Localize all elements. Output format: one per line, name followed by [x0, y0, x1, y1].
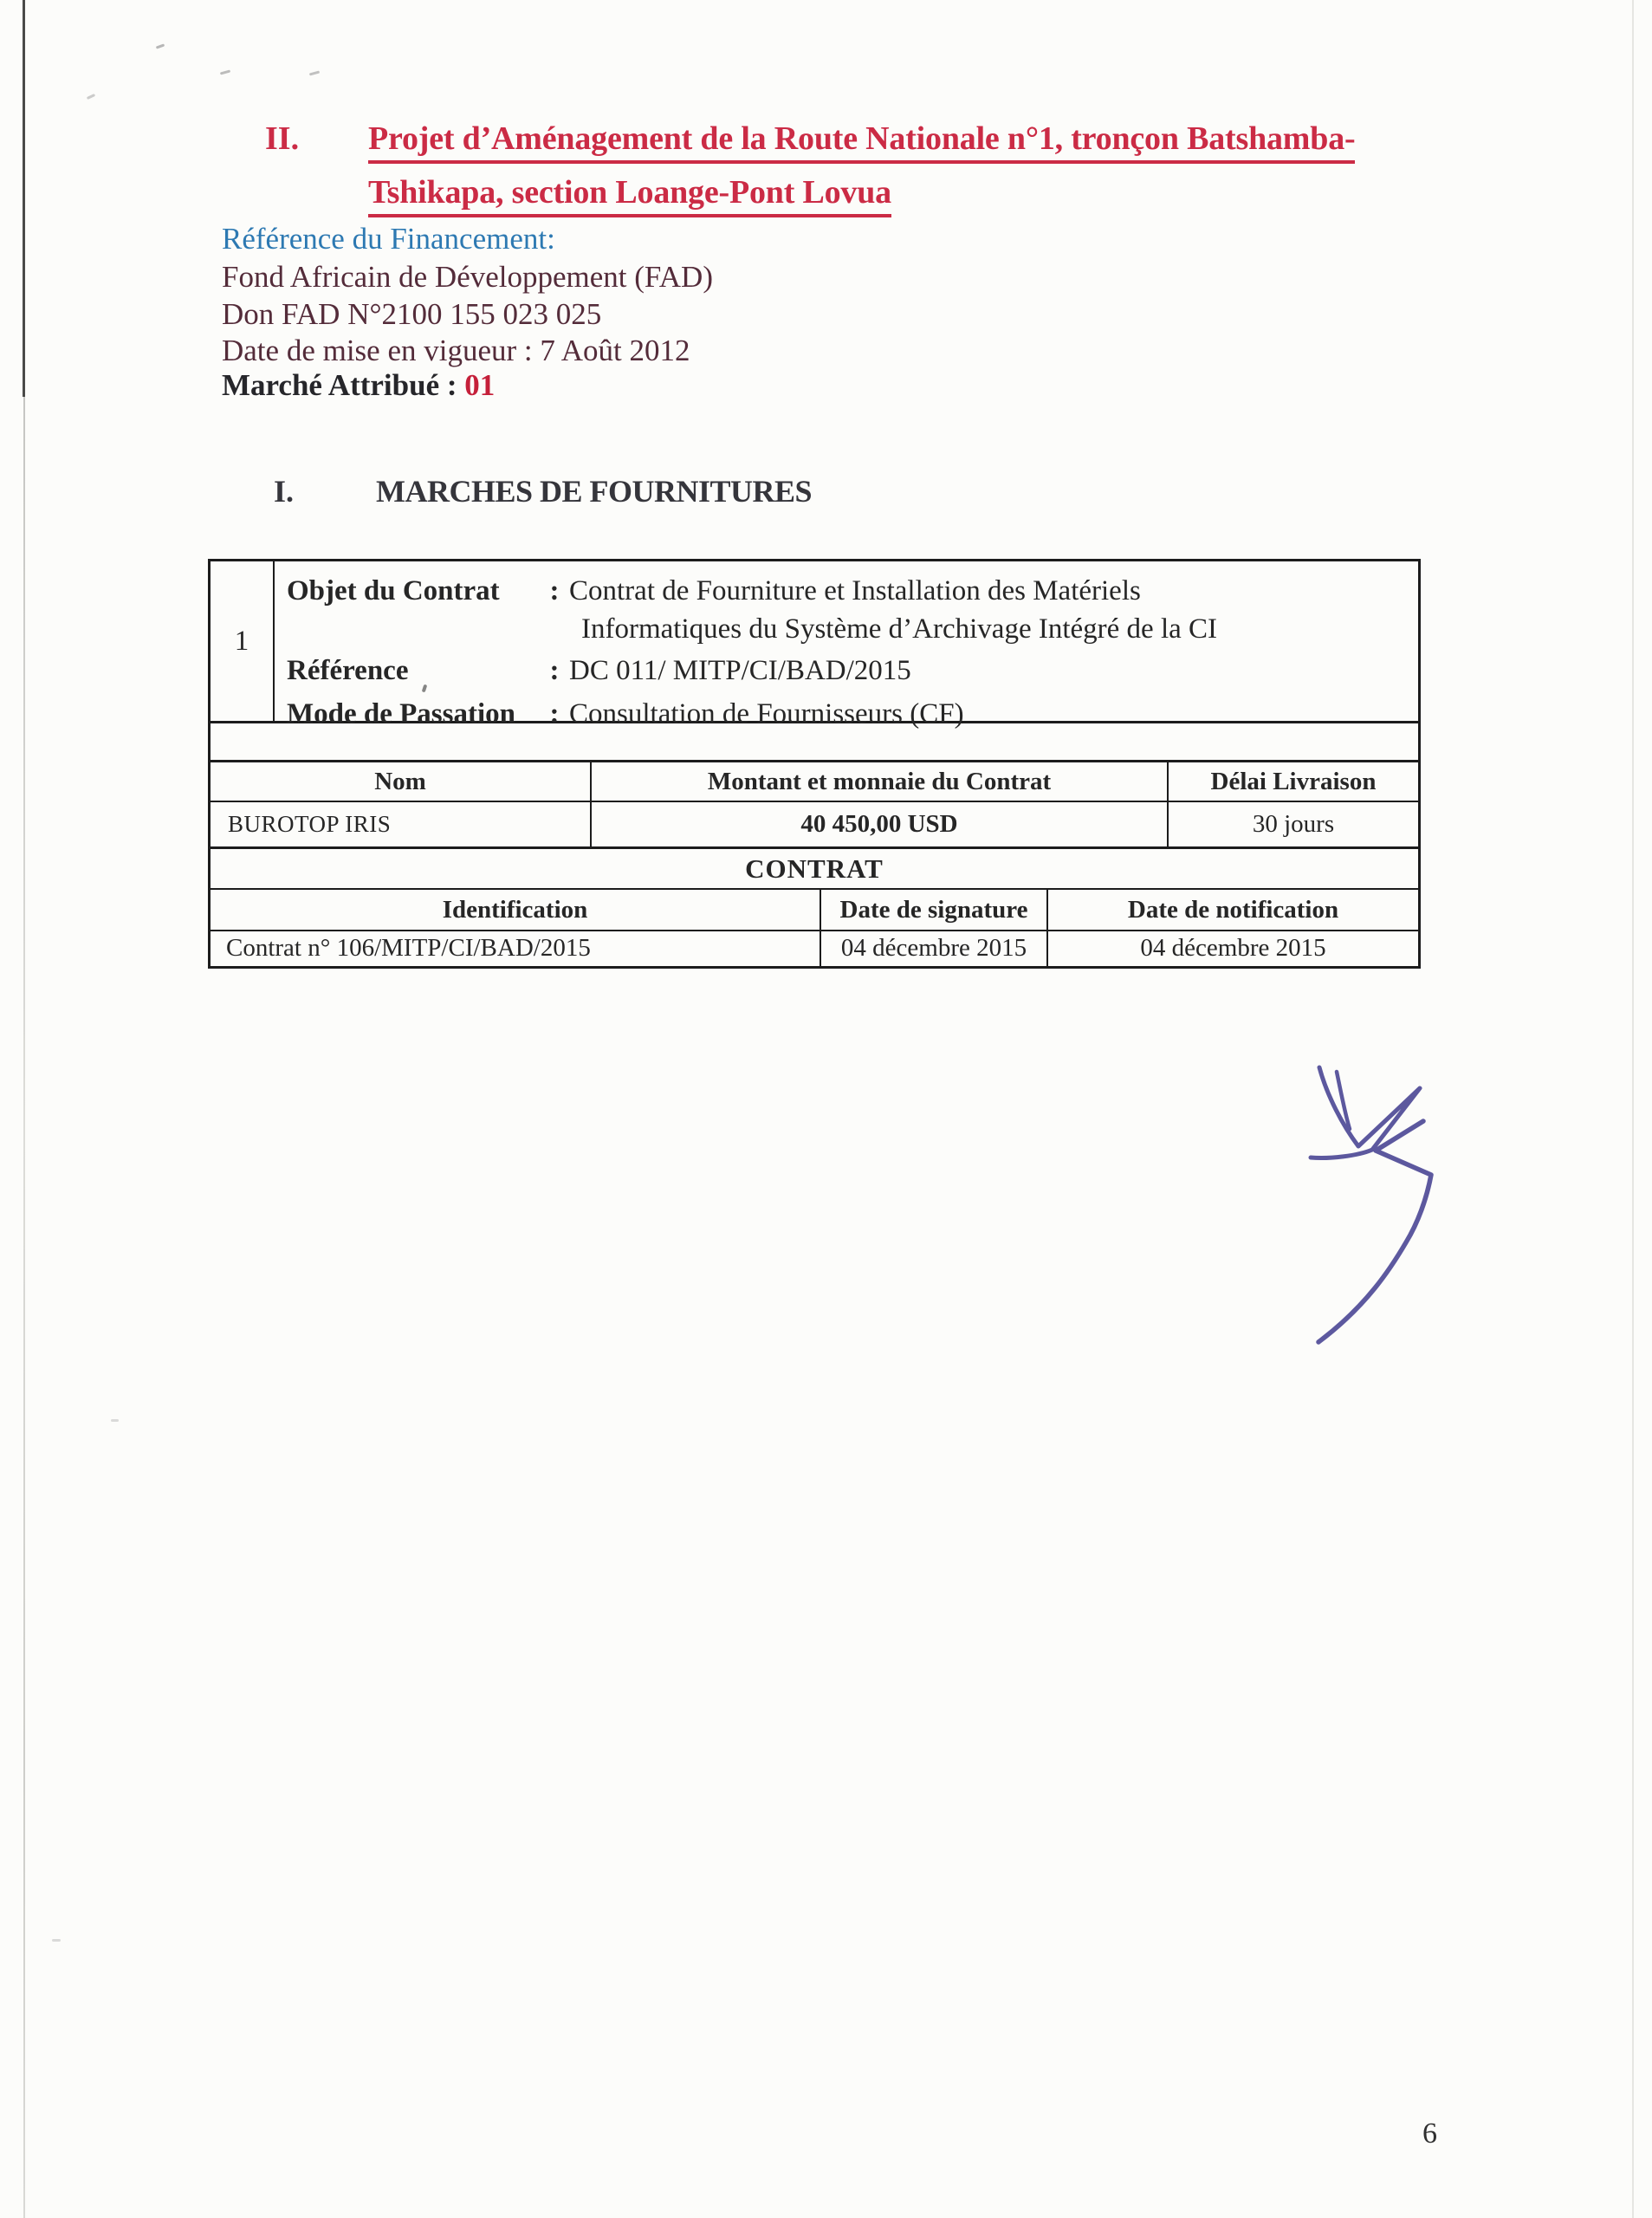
contract-reference-label: Référence [287, 652, 540, 690]
scan-edge-artifact-right [1632, 0, 1634, 2218]
heading-numeral: II. [265, 120, 299, 158]
contract-object-row: Objet du Contrat : Contrat de Fourniture… [287, 572, 1418, 648]
financing-effective-date: Date de mise en vigueur : 7 Août 2012 [222, 334, 690, 368]
contract-reference-value: DC 011/ MITP/CI/BAD/2015 [569, 652, 1418, 690]
contract-procurement-label: Mode de Passation [287, 695, 540, 733]
contract-banner: CONTRAT [211, 849, 1418, 888]
page-title-line1-text: Projet d’Aménagement de la Route Nationa… [368, 120, 1355, 164]
header-supplier-name: Nom [211, 762, 592, 801]
signature-date: 04 décembre 2015 [821, 931, 1048, 966]
contract-object-value-line2: Informatiques du Système d’Archivage Int… [569, 610, 1418, 648]
contract-object-value: Contrat de Fourniture et Installation de… [569, 572, 1418, 648]
financing-grant-number: Don FAD N°2100 155 023 025 [222, 297, 601, 332]
page-number: 6 [1422, 2117, 1437, 2150]
contract-identification: Contrat n° 106/MITP/CI/BAD/2015 [211, 931, 821, 966]
signature-stroke-1 [1311, 1067, 1420, 1158]
contract-summary-content: Objet du Contrat : Contrat de Fourniture… [275, 561, 1418, 721]
contract-summary-row: 1 Objet du Contrat : Contrat de Fournitu… [211, 561, 1418, 723]
financing-fund-line: Fond Africain de Développement (FAD) [222, 260, 713, 295]
contract-object-value-line1: Contrat de Fourniture et Installation de… [569, 572, 1418, 610]
market-awarded-value: 01 [464, 368, 495, 402]
contract-amount: 40 450,00 USD [592, 802, 1169, 846]
contract-object-colon: : [540, 572, 569, 648]
scan-speck [220, 69, 230, 75]
page-title-line1: Projet d’Aménagement de la Route Nationa… [368, 120, 1355, 164]
delivery-time: 30 jours [1169, 802, 1418, 846]
signature-scribble [1291, 1053, 1447, 1356]
contract-procurement-colon: : [540, 695, 569, 733]
scan-speck [156, 43, 165, 49]
page-title-line2: Tshikapa, section Loange-Pont Lovua [368, 173, 891, 217]
section-title: MARCHES DE FOURNITURES [376, 473, 812, 509]
header-identification: Identification [211, 890, 821, 930]
contract-banner-row: CONTRAT [211, 849, 1418, 890]
scan-speck [309, 70, 320, 75]
page-title-line2-text: Tshikapa, section Loange-Pont Lovua [368, 173, 891, 217]
section-numeral: I. [274, 473, 294, 509]
header-notification-date: Date de notification [1048, 890, 1418, 930]
supplier-name: BUROTOP IRIS [211, 802, 592, 846]
contract-reference-colon: : [540, 652, 569, 690]
contract-details-table: 1 Objet du Contrat : Contrat de Fournitu… [208, 559, 1421, 969]
document-page: II. Projet d’Aménagement de la Route Nat… [0, 0, 1652, 2218]
contract-data-row: Contrat n° 106/MITP/CI/BAD/2015 04 décem… [211, 931, 1418, 966]
scan-edge-artifact-left-faint [23, 397, 25, 2218]
contract-index: 1 [211, 561, 275, 721]
header-signature-date: Date de signature [821, 890, 1048, 930]
market-awarded-label: Marché Attribué : [222, 368, 457, 402]
notification-date: 04 décembre 2015 [1048, 931, 1418, 966]
header-delivery-time: Délai Livraison [1169, 762, 1418, 801]
contract-object-label: Objet du Contrat [287, 572, 540, 648]
scan-edge-artifact-left-dark [23, 0, 25, 397]
contract-header-row: Identification Date de signature Date de… [211, 890, 1418, 931]
signature-stroke-3 [1318, 1121, 1431, 1342]
contract-reference-row: Référence : DC 011/ MITP/CI/BAD/2015 [287, 652, 1418, 690]
market-awarded-line: Marché Attribué : 01 [222, 368, 495, 403]
contract-procurement-row: Mode de Passation : Consultation de Four… [287, 695, 1418, 733]
scan-speck [52, 1939, 61, 1942]
award-header-row: Nom Montant et monnaie du Contrat Délai … [211, 762, 1418, 802]
scan-speck [87, 94, 95, 100]
scan-speck [111, 1419, 119, 1422]
financing-reference-label: Référence du Financement: [222, 222, 555, 256]
contract-procurement-value: Consultation de Fournisseurs (CF) [569, 695, 1418, 733]
header-contract-amount: Montant et monnaie du Contrat [592, 762, 1169, 801]
award-data-row: BUROTOP IRIS 40 450,00 USD 30 jours [211, 802, 1418, 849]
